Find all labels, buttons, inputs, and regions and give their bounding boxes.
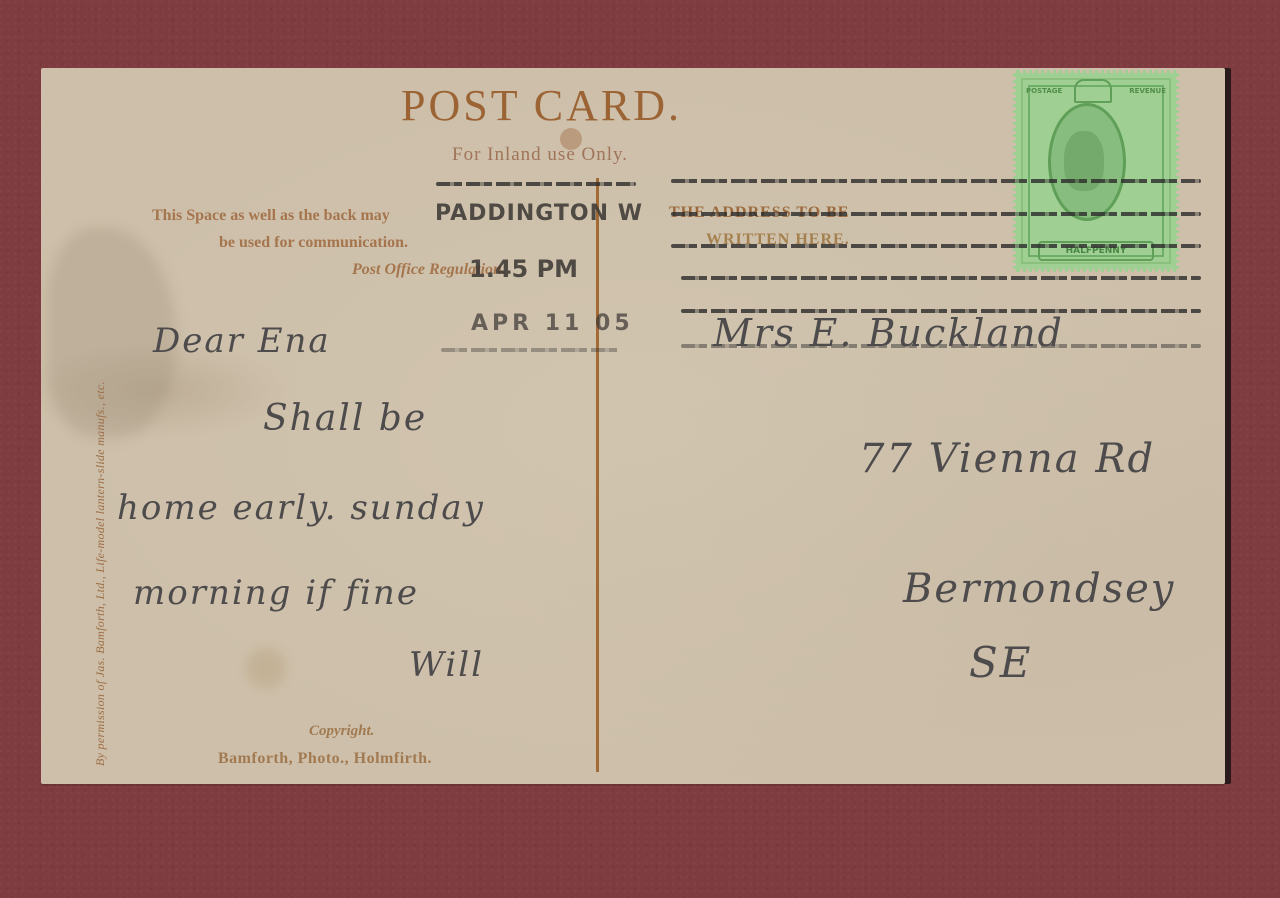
- stamp-label: POSTAGE: [1026, 87, 1062, 95]
- message-line: Shall be: [263, 398, 427, 439]
- stamp-label: REVENUE: [1129, 87, 1166, 95]
- recipient-name: Mrs E. Buckland: [713, 311, 1064, 355]
- cancellation-line: [681, 276, 1201, 280]
- recipient-postal-district: SE: [969, 638, 1032, 687]
- publisher-credit: By permission of Jas. Bamforth, Ltd., Li…: [93, 381, 108, 766]
- postage-stamp: POSTAGE REVENUE HALFPENNY: [1013, 70, 1179, 272]
- message-line: home early. sunday: [117, 488, 485, 528]
- cancellation-line: [671, 212, 1201, 216]
- postcard-title: POST CARD.: [401, 80, 682, 131]
- recipient-street: 77 Vienna Rd: [859, 436, 1155, 482]
- message-line: morning if fine: [133, 573, 419, 613]
- cancellation-line: [671, 179, 1201, 183]
- message-signature: Will: [409, 645, 484, 685]
- postcard: POST CARD. For Inland use Only. This Spa…: [41, 68, 1225, 784]
- cancellation-line: [671, 244, 1201, 248]
- recipient-district: Bermondsey: [903, 566, 1175, 612]
- message-greeting: Dear Ena: [153, 321, 331, 361]
- center-divider: [596, 178, 599, 772]
- crown-icon: [1074, 79, 1112, 103]
- postmark-date: APR 11 05: [471, 311, 634, 336]
- publisher-label: Bamforth, Photo., Holmfirth.: [218, 750, 432, 768]
- message-instruction: be used for communication.: [219, 234, 408, 252]
- postcard-subtitle: For Inland use Only.: [452, 144, 628, 166]
- postmark-town: PADDINGTON W: [435, 201, 643, 226]
- message-instruction: This Space as well as the back may: [152, 207, 390, 225]
- postmark-line: [441, 348, 621, 352]
- copyright-label: Copyright.: [309, 723, 374, 740]
- postmark-time: 1.45 PM: [469, 255, 578, 283]
- stain: [246, 648, 286, 688]
- postmark-line: [436, 182, 636, 186]
